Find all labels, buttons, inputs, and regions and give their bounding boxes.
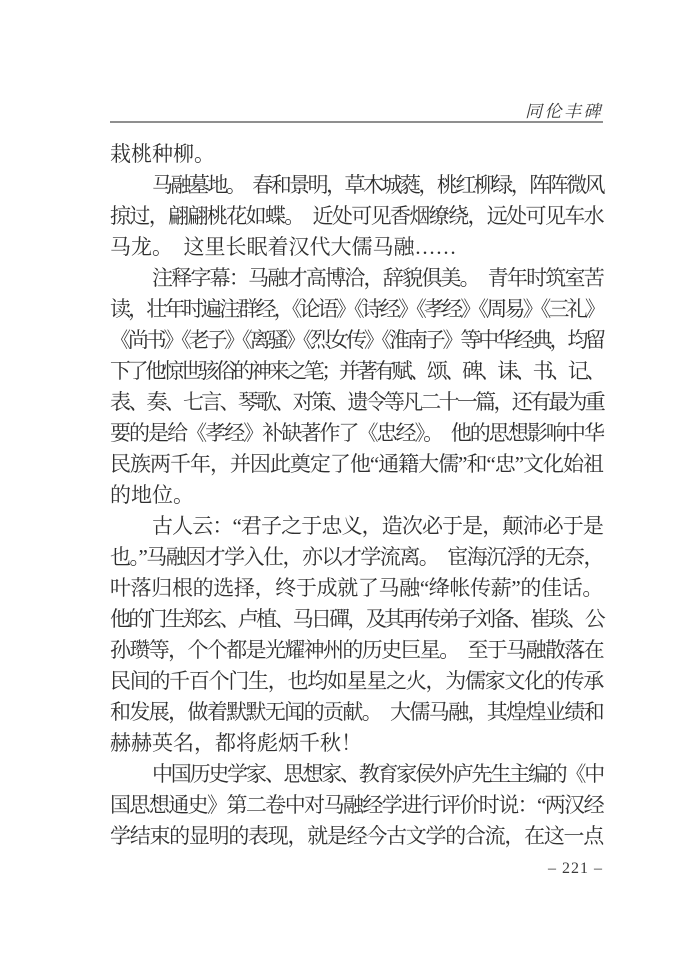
text-line: 他的门生郑玄、卢植、马日磾，及其再传弟子刘备、崔琰、公 bbox=[110, 604, 603, 635]
text-line-content: 民间的千百个门生，也均如星星之火，为儒家文化的传承 bbox=[110, 669, 603, 693]
text-line: 中国历史学家、思想家、教育家侯外庐先生主编的《中 bbox=[110, 759, 603, 790]
text-line-content: 的地位。 bbox=[110, 483, 194, 507]
text-line: 孙瓒等，个个都是光耀神州的历史巨星。 至于马融散落在 bbox=[110, 635, 603, 666]
text-line: 的地位。 bbox=[110, 480, 603, 511]
text-line-content: 表、奏、七言、琴歌、对策、遗令等凡二十一篇，还有最为重 bbox=[110, 390, 603, 414]
text-line-content: 掠过，翩翩桃花如蝶。 近处可见香烟缭绕，远处可见车水 bbox=[110, 204, 603, 228]
text-line-content: 古人云：“君子之于忠义，造次必于是，颠沛必于是 bbox=[152, 514, 603, 538]
text-line: 要的是给《孝经》补缺著作了《忠经》。 他的思想影响中华 bbox=[110, 418, 603, 449]
text-line-content: 下了他惊世骇俗的神来之笔；并著有赋、颂、碑、诔、书、记、 bbox=[110, 359, 603, 383]
text-line: 叶落归根的选择，终于成就了马融“绛帐传薪”的佳话。 bbox=[110, 573, 603, 604]
running-header: 同伦丰碑 bbox=[110, 97, 603, 122]
text-line: 赫赫英名，都将彪炳千秋！ bbox=[110, 728, 603, 759]
text-line-content: 马融墓地。 春和景明，草木城蕤，桃红柳绿，阵阵微风 bbox=[152, 173, 603, 197]
text-line: 《尚书》《老子》《离骚》《烈女传》《淮南子》等中华经典，均留 bbox=[110, 325, 603, 356]
text-line: 表、奏、七言、琴歌、对策、遗令等凡二十一篇，还有最为重 bbox=[110, 387, 603, 418]
text-line: 马龙。 这里长眠着汉代大儒马融…… bbox=[110, 232, 603, 263]
text-line-content: 读，壮年时遍注群经，《论语》《诗经》《孝经》《周易》《三礼》 bbox=[110, 297, 603, 321]
text-line-content: 赫赫英名，都将彪炳千秋！ bbox=[110, 731, 362, 755]
text-line-content: 中国历史学家、思想家、教育家侯外庐先生主编的《中 bbox=[152, 762, 603, 786]
text-line: 栽桃种柳。 bbox=[110, 139, 603, 170]
text-line: 和发展，做着默默无闻的贡献。 大儒马融，其煌煌业绩和 bbox=[110, 697, 603, 728]
text-line: 也。”马融因才学入仕，亦以才学流离。 宦海沉浮的无奈， bbox=[110, 542, 603, 573]
text-line-content: 注释字幕：马融才高博洽，辞貌俱美。 青年时筑室苦 bbox=[152, 266, 603, 290]
text-line: 下了他惊世骇俗的神来之笔；并著有赋、颂、碑、诔、书、记、 bbox=[110, 356, 603, 387]
text-line-content: 《尚书》《老子》《离骚》《烈女传》《淮南子》等中华经典，均留 bbox=[110, 328, 603, 352]
text-line-content: 他的门生郑玄、卢植、马日磾，及其再传弟子刘备、崔琰、公 bbox=[110, 607, 603, 631]
text-line-content: 学结束的显明的表现，就是经今古文学的合流，在这一点 bbox=[110, 824, 603, 848]
text-line: 古人云：“君子之于忠义，造次必于是，颠沛必于是 bbox=[110, 511, 603, 542]
text-line: 民族两千年，并因此奠定了他“通籍大儒”和“忠”文化始祖 bbox=[110, 449, 603, 480]
page-body: 栽桃种柳。马融墓地。 春和景明，草木城蕤，桃红柳绿，阵阵微风掠过，翩翩桃花如蝶。… bbox=[110, 139, 603, 852]
text-line: 掠过，翩翩桃花如蝶。 近处可见香烟缭绕，远处可见车水 bbox=[110, 201, 603, 232]
text-line: 马融墓地。 春和景明，草木城蕤，桃红柳绿，阵阵微风 bbox=[110, 170, 603, 201]
text-line-content: 国思想通史》第二卷中对马融经学进行评价时说：“两汉经 bbox=[110, 793, 603, 817]
text-line-content: 叶落归根的选择，终于成就了马融“绛帐传薪”的佳话。 bbox=[110, 576, 603, 600]
text-line: 民间的千百个门生，也均如星星之火，为儒家文化的传承 bbox=[110, 666, 603, 697]
text-line: 读，壮年时遍注群经，《论语》《诗经》《孝经》《周易》《三礼》 bbox=[110, 294, 603, 325]
text-line-content: 也。”马融因才学入仕，亦以才学流离。 宦海沉浮的无奈， bbox=[110, 545, 603, 569]
text-line-content: 马龙。 这里长眠着汉代大儒马融…… bbox=[110, 235, 457, 259]
text-line: 注释字幕：马融才高博洽，辞貌俱美。 青年时筑室苦 bbox=[110, 263, 603, 294]
text-line-content: 和发展，做着默默无闻的贡献。 大儒马融，其煌煌业绩和 bbox=[110, 700, 603, 724]
text-line-content: 民族两千年，并因此奠定了他“通籍大儒”和“忠”文化始祖 bbox=[110, 452, 603, 476]
text-line-content: 孙瓒等，个个都是光耀神州的历史巨星。 至于马融散落在 bbox=[110, 638, 603, 662]
text-line-content: 要的是给《孝经》补缺著作了《忠经》。 他的思想影响中华 bbox=[110, 421, 603, 445]
text-line: 国思想通史》第二卷中对马融经学进行评价时说：“两汉经 bbox=[110, 790, 603, 821]
text-line: 学结束的显明的表现，就是经今古文学的合流，在这一点 bbox=[110, 821, 603, 852]
page-number: – 221 – bbox=[110, 860, 603, 878]
text-line-content: 栽桃种柳。 bbox=[110, 142, 215, 166]
header-rule bbox=[110, 121, 603, 123]
book-page: 同伦丰碑 栽桃种柳。马融墓地。 春和景明，草木城蕤，桃红柳绿，阵阵微风掠过，翩翩… bbox=[0, 0, 692, 968]
